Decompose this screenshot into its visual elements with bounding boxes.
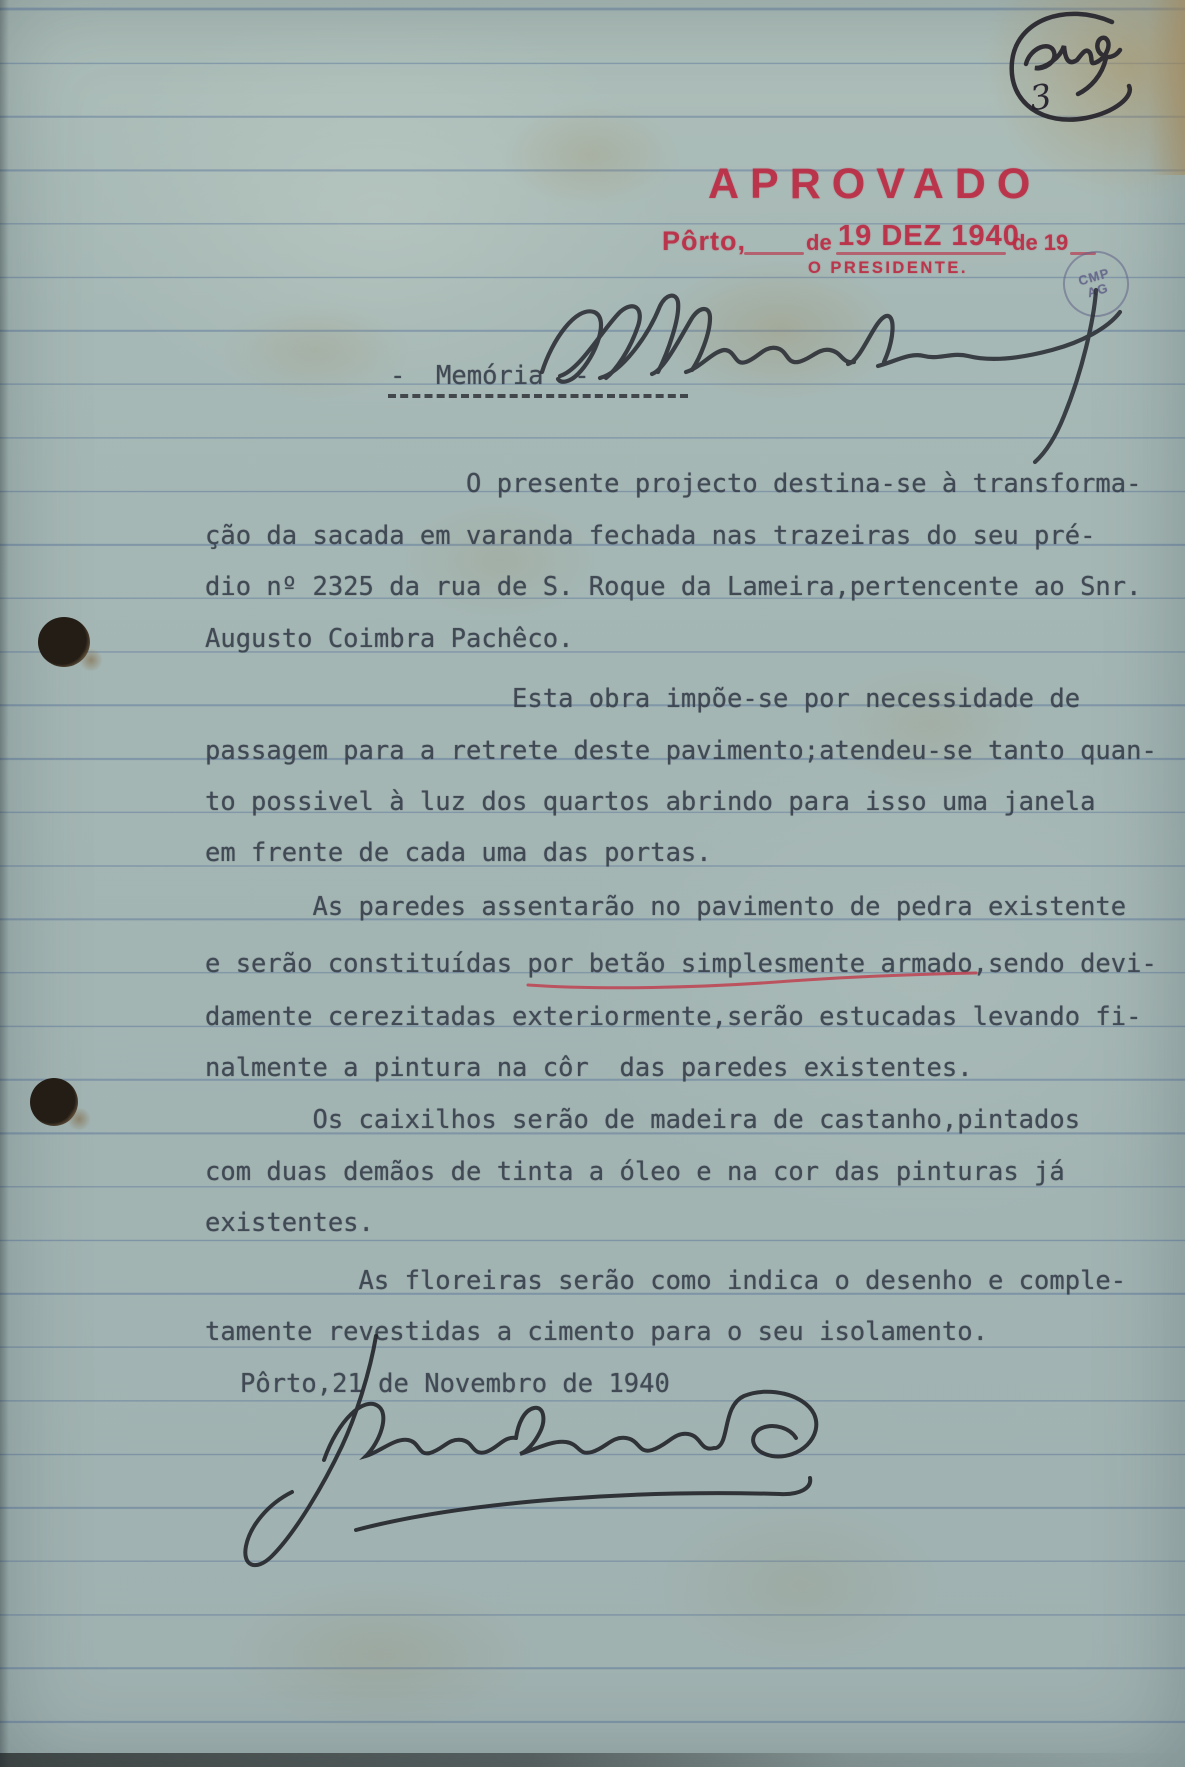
- memo-title-underline: [388, 358, 688, 398]
- page-left-edge: [0, 0, 9, 1767]
- memo-line: As paredes assentarão no pavimento de pe…: [205, 893, 1126, 922]
- stamp-date-underline: [836, 252, 1006, 255]
- memo-line: As floreiras serão como indica o desenho…: [205, 1267, 1126, 1296]
- approval-stamp-de2: de 19: [1012, 230, 1068, 256]
- memo-line: em frente de cada uma das portas.: [205, 839, 712, 868]
- document-page: APROVADO Pôrto, de 19 DEZ 1940 de 19 O P…: [0, 0, 1185, 1767]
- memo-line: nalmente a pintura na côr das paredes ex…: [205, 1054, 973, 1083]
- memo-line: damente cerezitadas exteriormente,serão …: [205, 1003, 1142, 1032]
- ruled-lines: [0, 0, 1185, 1767]
- memo-dateline: Pôrto,21 de Novembro de 1940: [240, 1370, 670, 1399]
- memo-line: to possivel à luz dos quartos abrindo pa…: [205, 788, 1095, 817]
- approval-stamp-de1: de: [806, 230, 832, 256]
- memo-line: Os caixilhos serão de madeira de castanh…: [205, 1106, 1080, 1135]
- approval-stamp-date: 19 DEZ 1940: [838, 220, 1020, 253]
- memo-line: passagem para a retrete deste pavimento;…: [205, 737, 1157, 766]
- memo-line: O presente projecto destina-se à transfo…: [205, 470, 1142, 499]
- memo-line: Esta obra impõe-se por necessidade de: [205, 685, 1080, 714]
- approval-stamp-city: Pôrto,: [662, 226, 746, 257]
- memo-line: ção da sacada em varanda fechada nas tra…: [205, 522, 1095, 551]
- memo-line: tamente revestidas a cimento para o seu …: [205, 1318, 988, 1347]
- memo-line: dio nº 2325 da rua de S. Roque da Lameir…: [205, 573, 1142, 602]
- memo-line: Augusto Coimbra Pachêco.: [205, 625, 573, 654]
- memo-line: com duas demãos de tinta a óleo e na cor…: [205, 1158, 1065, 1187]
- memo-line: e serão constituídas por betão simplesme…: [205, 950, 1157, 979]
- archive-stamp-line2: AG: [1086, 281, 1110, 300]
- approval-stamp-title: APROVADO: [708, 160, 1041, 209]
- ink-blot-top: [38, 617, 90, 667]
- approval-stamp-president: O PRESIDENTE.: [808, 259, 968, 278]
- page-bottom-edge: [0, 1753, 1185, 1767]
- memo-line: existentes.: [205, 1209, 374, 1238]
- ink-blot-bottom: [30, 1078, 78, 1126]
- stamp-blank-rule-1: [744, 252, 804, 255]
